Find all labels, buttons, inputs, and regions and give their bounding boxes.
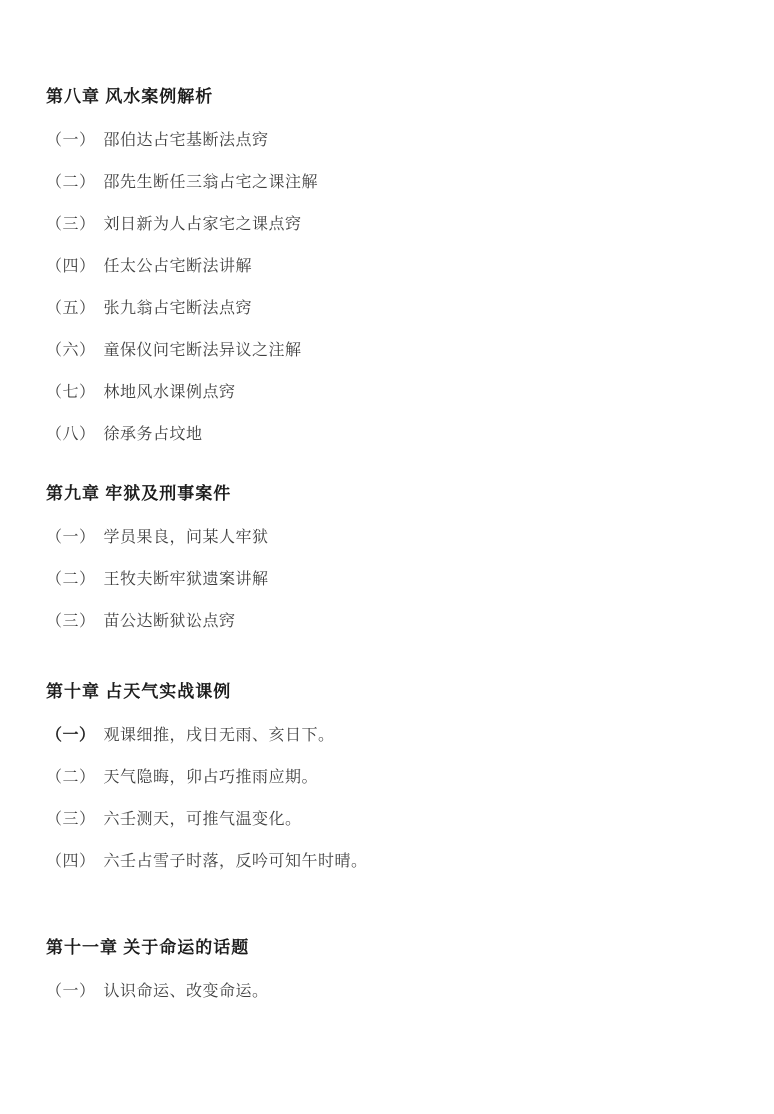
toc-item: （三）刘日新为人占家宅之课点窍 [46,217,724,233]
document-page: 第八章 风水案例解析 （一）邵伯达占宅基断法点窍 （二）邵先生断任三翁占宅之课注… [0,0,774,1114]
item-number: （二） [46,571,96,588]
item-number: （三） [46,613,96,630]
toc-item: （七）林地风水课例点窍 [46,385,724,401]
chapter-heading-8: 第八章 风水案例解析 [46,88,724,105]
item-text: 张九翁占宅断法点窍 [104,300,253,317]
item-text: 任太公占宅断法讲解 [104,258,253,275]
item-text: 认识命运、改变命运。 [104,983,269,1000]
item-text: 王牧夫断牢狱遗案讲解 [104,571,269,588]
toc-item: （六）童保仪问宅断法异议之注解 [46,343,724,359]
toc-item: （二）天气隐晦，卯占巧推雨应期。 [46,770,724,786]
item-number: （二） [46,769,96,786]
item-text: 邵伯达占宅基断法点窍 [104,132,269,149]
item-text: 林地风水课例点窍 [104,384,236,401]
toc-item: （一）学员果良，问某人牢狱 [46,530,724,546]
item-text: 童保仪问宅断法异议之注解 [104,342,302,359]
item-text: 天气隐晦，卯占巧推雨应期。 [104,769,319,786]
item-number: （七） [46,384,96,401]
chapter-heading-9: 第九章 牢狱及刑事案件 [46,485,724,502]
toc-item: （四）六壬占雪子时落，反吟可知午时晴。 [46,854,724,870]
toc-item: （八）徐承务占坟地 [46,427,724,443]
item-number: （八） [46,426,96,443]
item-text: 刘日新为人占家宅之课点窍 [104,216,302,233]
item-number: （三） [46,216,96,233]
item-number: （六） [46,342,96,359]
item-text: 邵先生断任三翁占宅之课注解 [104,174,319,191]
toc-item: （四）任太公占宅断法讲解 [46,259,724,275]
item-text: 学员果良，问某人牢狱 [104,529,269,546]
chapter-heading-10: 第十章 占天气实战课例 [46,683,724,700]
toc-item: （三）六壬测天，可推气温变化。 [46,812,724,828]
item-text: 六壬测天，可推气温变化。 [104,811,302,828]
item-number: （一） [46,983,96,1000]
item-number: （四） [46,258,96,275]
toc-item: （一）邵伯达占宅基断法点窍 [46,133,724,149]
toc-item: （三）苗公达断狱讼点窍 [46,614,724,630]
item-text: 徐承务占坟地 [104,426,203,443]
item-number: （一） [46,132,96,149]
item-text: 观课细推，戌日无雨、亥日下。 [104,727,335,744]
item-text: 六壬占雪子时落，反吟可知午时晴。 [104,853,368,870]
item-number: （一） [46,727,96,744]
toc-item: （二）王牧夫断牢狱遗案讲解 [46,572,724,588]
toc-item: （一）认识命运、改变命运。 [46,984,724,1000]
item-text: 苗公达断狱讼点窍 [104,613,236,630]
item-number: （一） [46,529,96,546]
item-number: （二） [46,174,96,191]
toc-item: （一）观课细推，戌日无雨、亥日下。 [46,728,724,744]
toc-item: （二）邵先生断任三翁占宅之课注解 [46,175,724,191]
item-number: （五） [46,300,96,317]
chapter-heading-11: 第十一章 关于命运的话题 [46,939,724,956]
toc-item: （五）张九翁占宅断法点窍 [46,301,724,317]
item-number: （四） [46,853,96,870]
item-number: （三） [46,811,96,828]
